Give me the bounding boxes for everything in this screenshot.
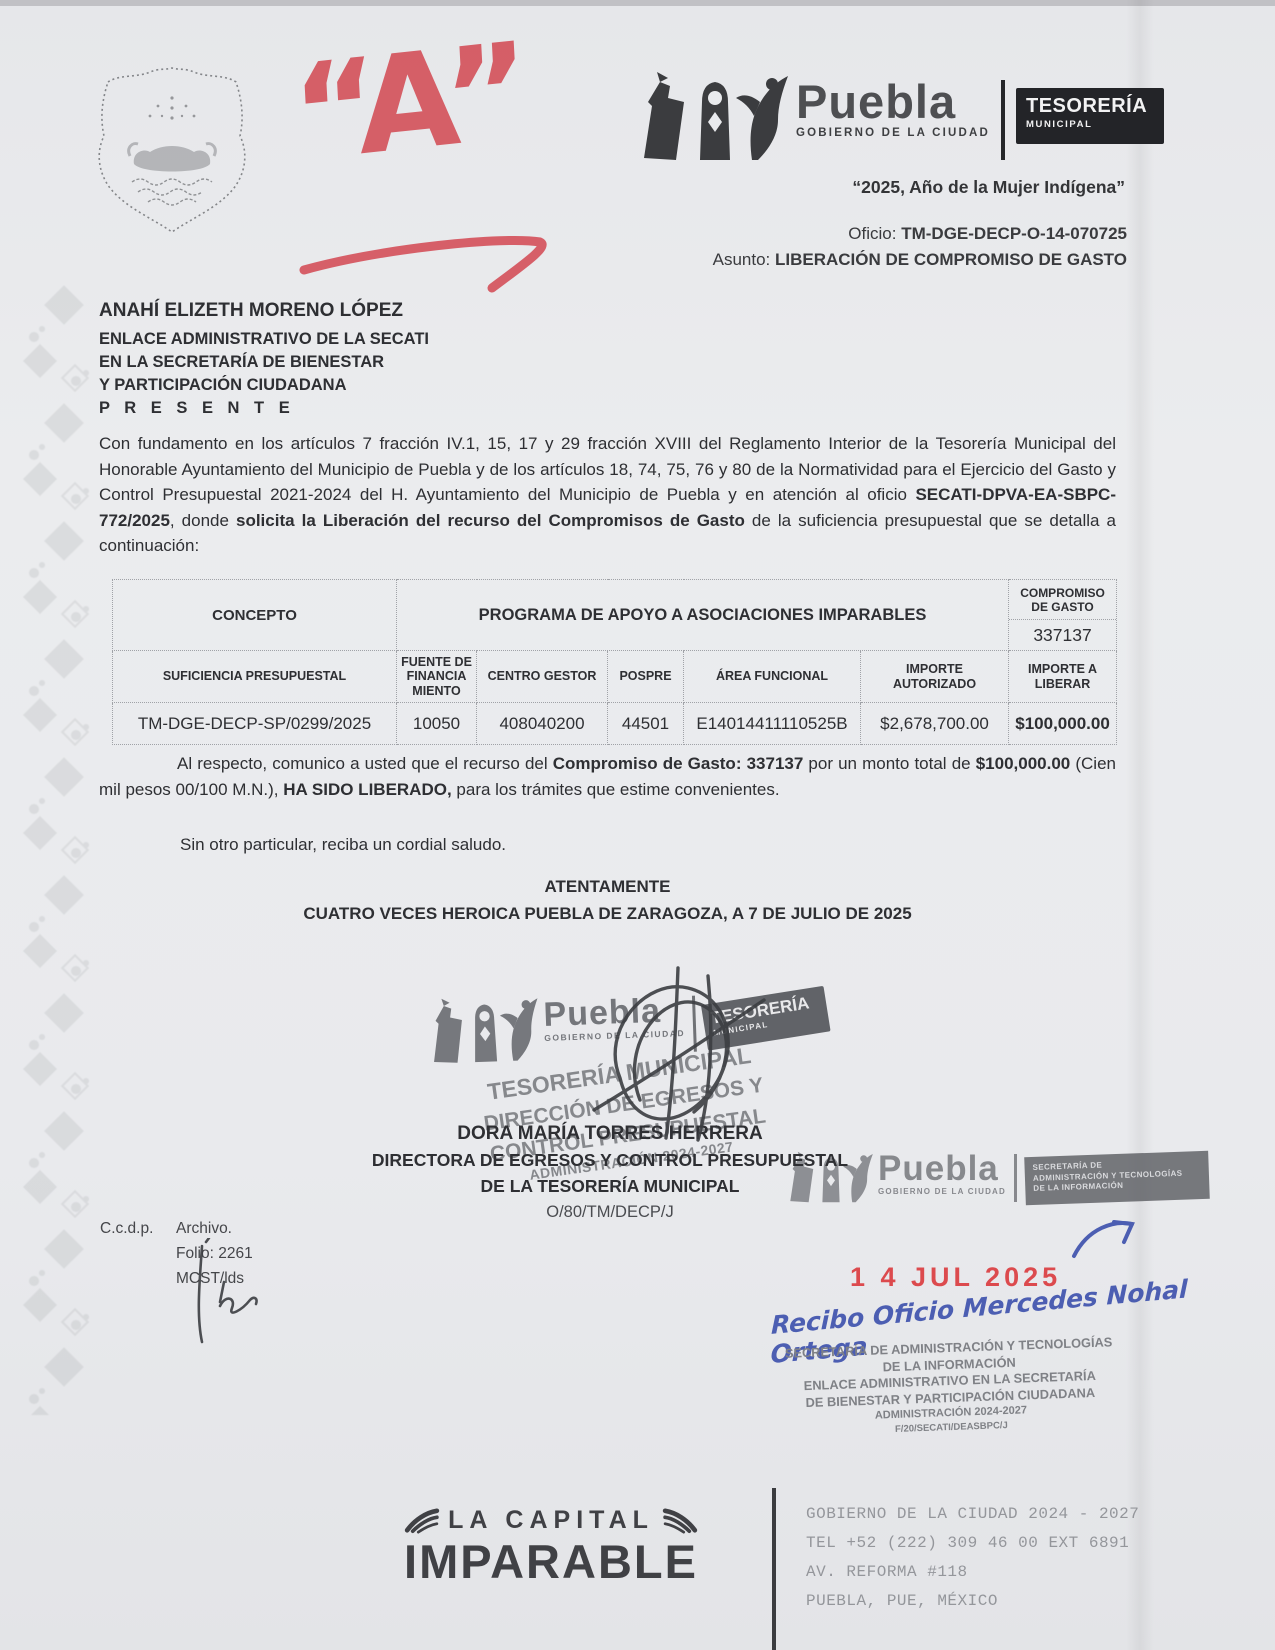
- col-header: SUFICIENCIA PRESUPUESTAL: [113, 651, 397, 703]
- asunto-line: Asunto: LIBERACIÓN DE COMPROMISO DE GAST…: [713, 247, 1127, 273]
- contact-line: AV. REFORMA #118: [806, 1558, 1139, 1587]
- closing-block: ATENTAMENTE CUATRO VECES HEROICA PUEBLA …: [99, 873, 1116, 927]
- contact-line: GOBIERNO DE LA CIUDAD 2024 - 2027: [806, 1500, 1139, 1529]
- treasury-badge-line1: TESORERÍA: [1026, 95, 1164, 118]
- left-wing-icon: [404, 1508, 440, 1534]
- blue-pen-flourish: [1068, 1214, 1140, 1268]
- body-paragraph-1: Con fundamento en los artículos 7 fracci…: [99, 431, 1116, 559]
- compromiso-number: 337137: [1009, 620, 1116, 650]
- slogan-top-row: LA CAPITAL: [398, 1506, 704, 1535]
- table-programa-header: PROGRAMA DE APOYO A ASOCIACIONES IMPARAB…: [397, 580, 1009, 651]
- slogan-top: LA CAPITAL: [448, 1506, 654, 1535]
- puebla-wordmark: Puebla GOBIERNO DE LA CIUDAD: [796, 80, 990, 139]
- initials-pen-scrawl: [162, 1238, 280, 1346]
- recipient-block: ANAHÍ ELIZETH MORENO LÓPEZ ENLACE ADMINI…: [99, 300, 429, 420]
- col-header: IMPORTE A LIBERAR: [1009, 651, 1117, 703]
- col-header: CENTRO GESTOR: [477, 651, 608, 703]
- cell-suficiencia: TM-DGE-DECP-SP/0299/2025: [113, 703, 397, 745]
- contact-line: PUEBLA, PUE, MÉXICO: [806, 1587, 1139, 1616]
- recipient-salutation: P R E S E N T E: [99, 397, 429, 420]
- oficio-line: Oficio: TM-DGE-DECP-O-14-070725: [713, 221, 1127, 247]
- brand-subtitle: GOBIERNO DE LA CIUDAD: [796, 127, 990, 139]
- suficiencia-table: CONCEPTO PROGRAMA DE APOYO A ASOCIACIONE…: [112, 579, 1117, 745]
- logo-divider: [1014, 1154, 1017, 1202]
- body-paragraph-3: Sin otro particular, reciba un cordial s…: [180, 835, 506, 855]
- table-data-row: TM-DGE-DECP-SP/0299/2025 10050 408040200…: [113, 703, 1117, 745]
- puebla-logo-lockup: Puebla GOBIERNO DE LA CIUDAD TESORERÍA M…: [640, 72, 1164, 172]
- puebla-city-icons: [640, 72, 790, 167]
- sati-badge: SECRETARÍA DE ADMINISTRACIÓN Y TECNOLOGÍ…: [1024, 1151, 1210, 1205]
- recipient-line: Y PARTICIPACIÓN CIUDADANA: [99, 374, 429, 397]
- col-header: POSPRE: [608, 651, 684, 703]
- col-header: FUENTE DE FINANCIA MIENTO: [397, 651, 477, 703]
- scanned-official-letter: “A” Puebla GOBIERNO DE LA CIUDAD TESORER…: [0, 0, 1275, 1650]
- paper-crease: [1126, 0, 1154, 1650]
- treasury-badge: TESORERÍA MUNICIPAL: [1016, 88, 1164, 144]
- shield-watermark-stamp: [92, 60, 252, 240]
- recipient-line: EN LA SECRETARÍA DE BIENESTAR: [99, 351, 429, 374]
- contact-line: TEL +52 (222) 309 46 00 EXT 6891: [806, 1529, 1139, 1558]
- atentamente: ATENTAMENTE: [99, 873, 1116, 900]
- cell-importe-autorizado: $2,678,700.00: [861, 703, 1009, 745]
- pen-signature-scrawl: [558, 960, 776, 1142]
- capital-imparable-logo: LA CAPITAL IMPARABLE: [398, 1506, 704, 1585]
- place-and-date: CUATRO VECES HEROICA PUEBLA DE ZARAGOZA,…: [99, 900, 1116, 927]
- puebla-city-icons: [429, 995, 541, 1069]
- recipient-line: ENLACE ADMINISTRATIVO DE LA SECATI: [99, 328, 429, 351]
- recipient-name: ANAHÍ ELIZETH MORENO LÓPEZ: [99, 300, 429, 322]
- red-grade-annotation: “A”: [289, 14, 530, 193]
- brand-name: Puebla: [796, 80, 990, 124]
- reference-block: Oficio: TM-DGE-DECP-O-14-070725 Asunto: …: [713, 221, 1127, 273]
- col-header: ÁREA FUNCIONAL: [684, 651, 861, 703]
- compromiso-label: COMPROMISO DE GASTO: [1009, 580, 1116, 620]
- cell-importe-liberar: $100,000.00: [1009, 703, 1117, 745]
- slogan-bottom: IMPARABLE: [398, 1539, 704, 1585]
- cell-centro-gestor: 408040200: [477, 703, 608, 745]
- footer-contact-block: GOBIERNO DE LA CIUDAD 2024 - 2027 TEL +5…: [806, 1500, 1139, 1616]
- cell-pospre: 44501: [608, 703, 684, 745]
- table-header-row: SUFICIENCIA PRESUPUESTAL FUENTE DE FINAN…: [113, 651, 1117, 703]
- signer-title-line2: DE LA TESORERÍA MUNICIPAL: [290, 1173, 930, 1199]
- right-wing-icon: [662, 1508, 698, 1534]
- left-watermark-pattern: [20, 285, 104, 1415]
- scan-edge: [0, 0, 1275, 6]
- table-compromiso-cell: COMPROMISO DE GASTO 337137: [1009, 580, 1117, 651]
- col-header: IMPORTE AUTORIZADO: [861, 651, 1009, 703]
- cell-area-funcional: E14014411110525B: [684, 703, 861, 745]
- footer-divider: [772, 1488, 776, 1650]
- red-swoosh-annotation: [296, 226, 552, 298]
- cell-fuente: 10050: [397, 703, 477, 745]
- logo-divider: [1001, 80, 1005, 160]
- signer-title-line1: DIRECTORA DE EGRESOS Y CONTROL PRESUPUES…: [290, 1147, 930, 1173]
- treasury-badge-line2: MUNICIPAL: [1026, 119, 1164, 130]
- reception-stamp-text: SECRETARÍA DE ADMINISTRACIÓN Y TECNOLOGÍ…: [770, 1334, 1129, 1440]
- year-legend: “2025, Año de la Mujer Indígena”: [852, 177, 1125, 198]
- signer-reference: O/80/TM/DECP/J: [290, 1203, 930, 1222]
- body-paragraph-2: Al respecto, comunico a usted que el rec…: [99, 751, 1116, 803]
- table-concepto-header: CONCEPTO: [113, 580, 397, 651]
